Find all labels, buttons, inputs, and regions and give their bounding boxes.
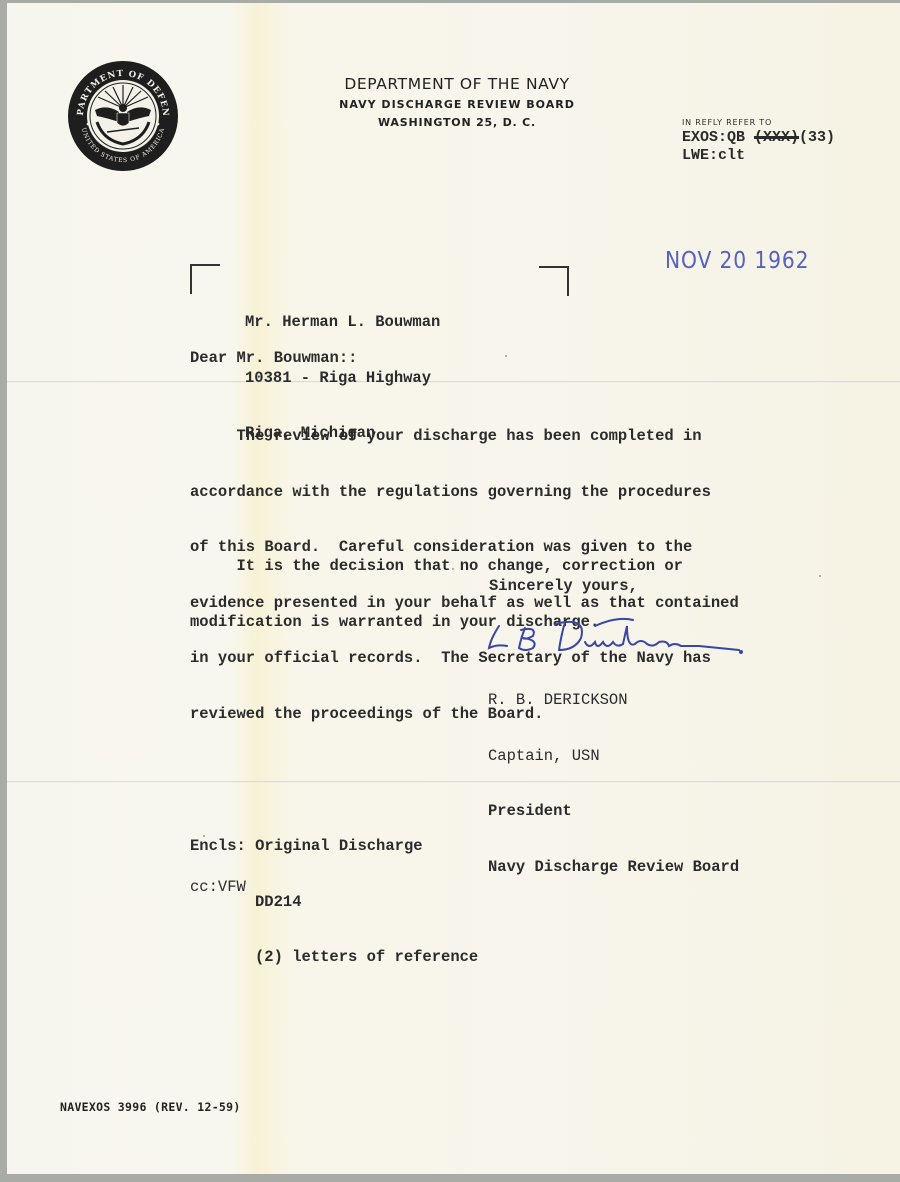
fold-line: [7, 381, 900, 383]
date-stamp: NOV 20 1962: [665, 248, 809, 274]
body-line: It is the decision that no change, corre…: [190, 557, 683, 576]
signer-rank: Captain, USN: [488, 747, 739, 766]
carbon-copy: cc:VFW: [190, 878, 246, 897]
signature-block: R. B. DERICKSON Captain, USN President N…: [488, 654, 739, 913]
reference-code: EXOS:QB (XXX)(33): [682, 129, 835, 147]
department-name: DEPARTMENT OF THE NAVY: [267, 73, 647, 95]
handwritten-signature: [477, 608, 747, 658]
reference-struck: (XXX): [754, 129, 799, 146]
letter-page: DEPARTMENT OF DEFENSE UNITED STATES OF A…: [7, 3, 900, 1174]
dod-seal-icon: DEPARTMENT OF DEFENSE UNITED STATES OF A…: [67, 60, 179, 172]
signer-name: R. B. DERICKSON: [488, 691, 739, 710]
enclosure-item: Original Discharge: [255, 837, 422, 855]
paper-speck: [505, 355, 507, 357]
closing: Sincerely yours,: [489, 577, 638, 596]
fold-line: [7, 781, 900, 783]
typist-initials: LWE:clt: [682, 147, 835, 165]
reference-prefix: EXOS:QB: [682, 129, 754, 146]
body-line: The review of your discharge has been co…: [190, 427, 739, 446]
board-address: WASHINGTON 25, D. C.: [267, 114, 647, 132]
paper-speck: [819, 575, 821, 577]
enclosures-label: Encls:: [190, 837, 255, 855]
body-line: accordance with the regulations governin…: [190, 483, 739, 502]
recipient-street: 10381 - Riga Highway: [245, 369, 440, 388]
address-corner-mark: [539, 266, 569, 296]
enclosures: Encls: Original Discharge DD214 (2) lett…: [190, 800, 478, 1004]
paper-speck: [203, 835, 205, 837]
address-corner-mark: [190, 264, 220, 294]
letterhead: DEPARTMENT OF THE NAVY NAVY DISCHARGE RE…: [267, 73, 647, 132]
enclosure-item: (2) letters of reference: [190, 948, 478, 967]
form-number: NAVEXOS 3996 (REV. 12-59): [60, 1100, 241, 1114]
board-name: NAVY DISCHARGE REVIEW BOARD: [267, 96, 647, 114]
reference-suffix: (33): [799, 129, 835, 146]
signer-organization: Navy Discharge Review Board: [488, 858, 739, 877]
reply-label: IN REFLY REFER TO: [682, 117, 835, 129]
signer-title: President: [488, 802, 739, 821]
recipient-name: Mr. Herman L. Bouwman: [245, 313, 440, 332]
reply-reference: IN REFLY REFER TO EXOS:QB (XXX)(33) LWE:…: [682, 117, 835, 165]
paper-speck: [452, 568, 454, 570]
salutation: Dear Mr. Bouwman::: [190, 349, 357, 368]
